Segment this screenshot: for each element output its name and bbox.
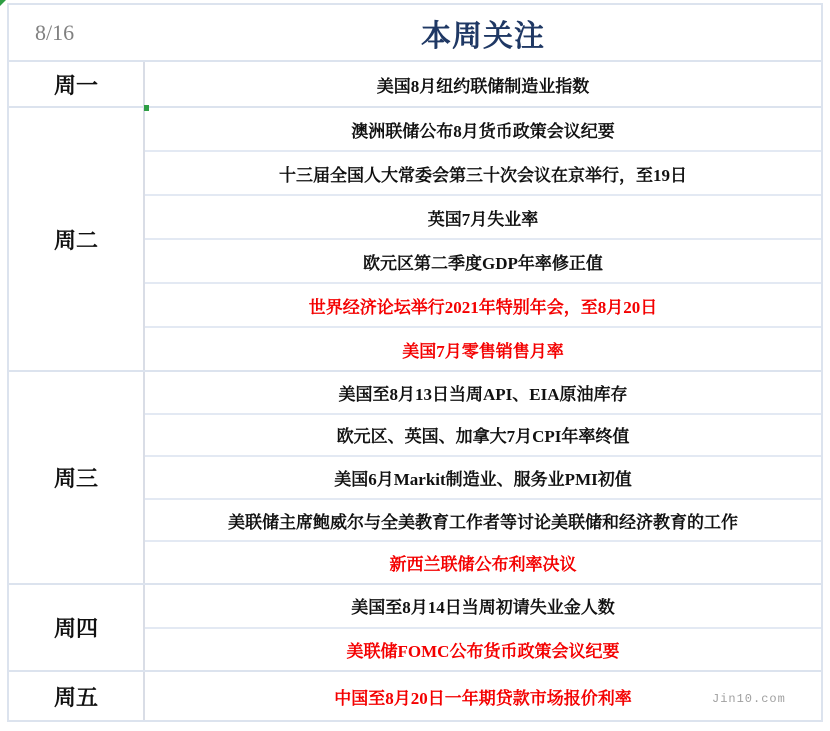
event-row: 美联储主席鲍威尔与全美教育工作者等讨论美联储和经济教育的工作 — [145, 498, 821, 541]
event-text: 欧元区、英国、加拿大7月CPI年率终值 — [337, 422, 630, 447]
day-label: 周三 — [9, 372, 145, 583]
event-text: 欧元区第二季度GDP年率修正值 — [363, 249, 603, 274]
event-row: 世界经济论坛举行2021年特别年会，至8月20日 — [145, 282, 821, 326]
cell-comment-marker-icon — [144, 105, 149, 111]
day-label: 周四 — [9, 585, 145, 670]
event-row: 欧元区、英国、加拿大7月CPI年率终值 — [145, 413, 821, 456]
events-column: 澳洲联储公布8月货币政策会议纪要 十三届全国人大常委会第三十次会议在京举行，至1… — [145, 108, 821, 370]
event-text: 美国至8月14日当周初请失业金人数 — [351, 593, 615, 618]
event-text: 澳洲联储公布8月货币政策会议纪要 — [351, 117, 615, 142]
event-row: 美联储FOMC公布货币政策会议纪要 — [145, 627, 821, 671]
event-text: 美国7月零售销售月率 — [402, 337, 564, 362]
page-title: 本周关注 — [145, 5, 821, 60]
event-row: 美国6月Markit制造业、服务业PMI初值 — [145, 455, 821, 498]
event-row: 美国8月纽约联储制造业指数 — [145, 62, 821, 106]
header-row: 8/16 本周关注 — [9, 5, 821, 60]
day-row-wednesday: 周三 美国至8月13日当周API、EIA原油库存 欧元区、英国、加拿大7月CPI… — [9, 370, 821, 583]
event-text: 中国至8月20日一年期贷款市场报价利率 — [334, 684, 632, 709]
event-row: 英国7月失业率 — [145, 194, 821, 238]
event-row: 新西兰联储公布利率决议 — [145, 540, 821, 583]
corner-selection-marker-icon — [0, 0, 6, 6]
event-row: 美国至8月14日当周初请失业金人数 — [145, 585, 821, 627]
event-text: 美联储主席鲍威尔与全美教育工作者等讨论美联储和经济教育的工作 — [228, 508, 738, 533]
day-label: 周一 — [9, 62, 145, 106]
week-date-label: 8/16 — [9, 5, 145, 60]
weekly-focus-table: 8/16 本周关注 周一 美国8月纽约联储制造业指数 周二 澳洲联储公布8月货币… — [7, 3, 823, 722]
event-row: 欧元区第二季度GDP年率修正值 — [145, 238, 821, 282]
event-text: 美联储FOMC公布货币政策会议纪要 — [347, 637, 620, 662]
event-text: 新西兰联储公布利率决议 — [390, 550, 577, 575]
day-label: 周二 — [9, 108, 145, 370]
event-text: 十三届全国人大常委会第三十次会议在京举行，至19日 — [279, 161, 687, 186]
watermark-jin10: Jin10.com — [712, 692, 786, 706]
event-text: 美国至8月13日当周API、EIA原油库存 — [338, 380, 627, 405]
day-row-monday: 周一 美国8月纽约联储制造业指数 — [9, 60, 821, 106]
event-row: 美国至8月13日当周API、EIA原油库存 — [145, 372, 821, 413]
event-row: 十三届全国人大常委会第三十次会议在京举行，至19日 — [145, 150, 821, 194]
events-column: 美国至8月14日当周初请失业金人数 美联储FOMC公布货币政策会议纪要 — [145, 585, 821, 670]
events-column: 美国8月纽约联储制造业指数 — [145, 62, 821, 106]
day-row-thursday: 周四 美国至8月14日当周初请失业金人数 美联储FOMC公布货币政策会议纪要 — [9, 583, 821, 670]
event-text: 美国6月Markit制造业、服务业PMI初值 — [334, 465, 631, 490]
events-column: 美国至8月13日当周API、EIA原油库存 欧元区、英国、加拿大7月CPI年率终… — [145, 372, 821, 583]
event-text: 世界经济论坛举行2021年特别年会，至8月20日 — [309, 293, 658, 318]
day-label: 周五 — [9, 672, 145, 720]
event-text: 美国8月纽约联储制造业指数 — [377, 72, 590, 97]
event-text: 英国7月失业率 — [428, 205, 539, 230]
event-row: 美国7月零售销售月率 — [145, 326, 821, 370]
event-row: 澳洲联储公布8月货币政策会议纪要 — [145, 108, 821, 150]
day-row-friday: 周五 中国至8月20日一年期贷款市场报价利率 — [9, 670, 821, 720]
weekly-focus-sheet: 8/16 本周关注 周一 美国8月纽约联储制造业指数 周二 澳洲联储公布8月货币… — [0, 0, 830, 731]
day-row-tuesday: 周二 澳洲联储公布8月货币政策会议纪要 十三届全国人大常委会第三十次会议在京举行… — [9, 106, 821, 370]
